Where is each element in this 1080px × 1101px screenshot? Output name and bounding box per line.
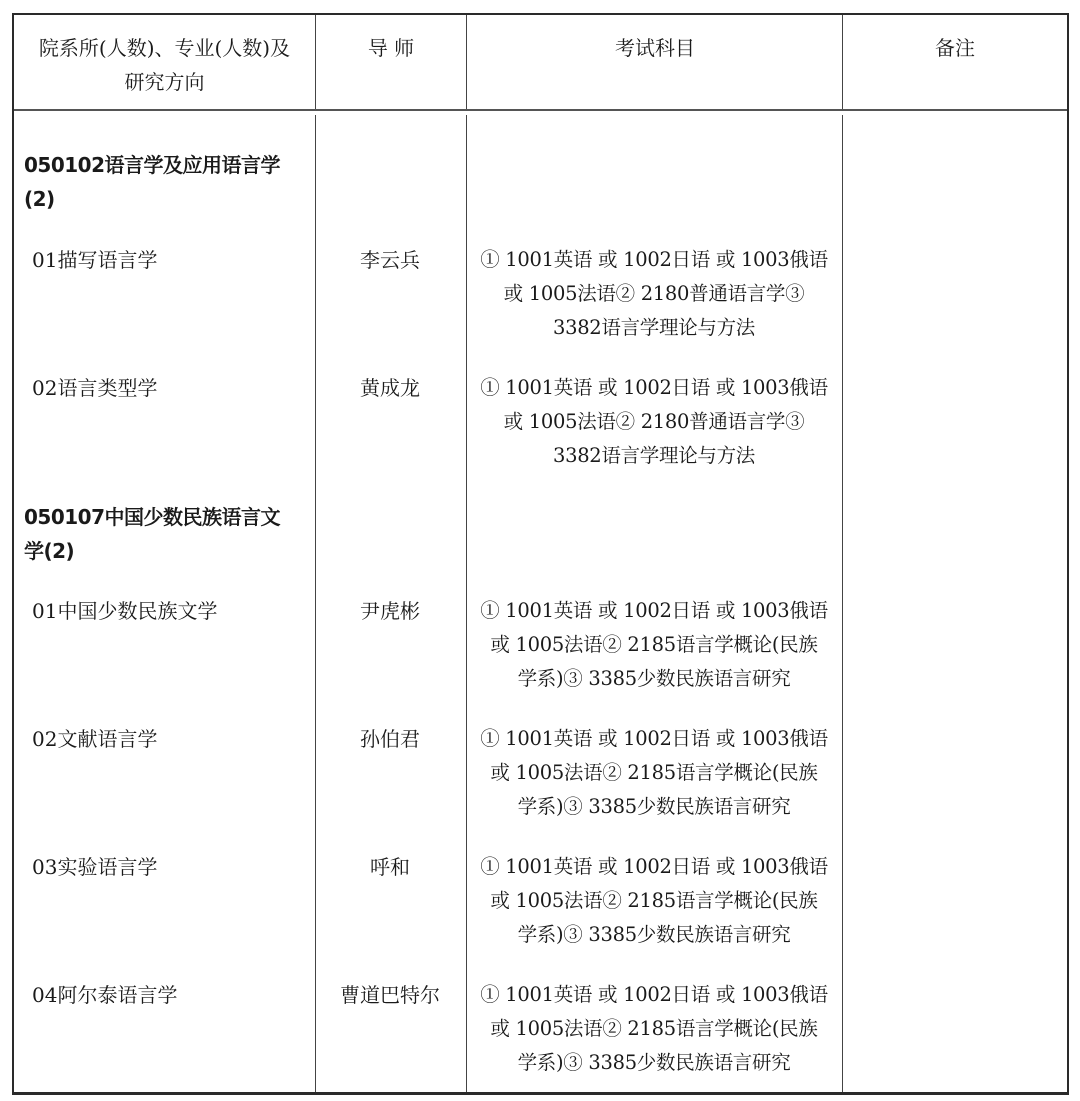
exam-line: 或 1005法语② 2185语言学概论(民族 <box>466 1012 842 1046</box>
research-direction: 03实验语言学 <box>32 850 157 884</box>
admissions-table: 院系所(人数)、专业(人数)及 研究方向 导 师 考试科目 备注 050102语… <box>12 13 1069 1095</box>
exam-line: 或 1005法语② 2180普通语言学③ <box>466 277 842 311</box>
exam-line: ① 1001英语 或 1002日语 或 1003俄语 <box>466 978 842 1012</box>
major-title-line2: 学(2) <box>24 534 280 568</box>
exam-subjects: ① 1001英语 或 1002日语 或 1003俄语 或 1005法语② 218… <box>466 978 842 1080</box>
header-exam-label: 考试科目 <box>615 36 695 60</box>
research-direction: 01描写语言学 <box>32 243 157 277</box>
header-exam-subjects: 考试科目 <box>467 15 843 109</box>
column-divider <box>466 15 467 109</box>
research-direction: 02文献语言学 <box>32 722 157 756</box>
exam-line: ① 1001英语 或 1002日语 或 1003俄语 <box>466 594 842 628</box>
major-title-line1: 050102语言学及应用语言学 <box>24 148 280 182</box>
exam-line: 学系)③ 3385少数民族语言研究 <box>466 918 842 952</box>
table-header-row: 院系所(人数)、专业(人数)及 研究方向 导 师 考试科目 备注 <box>14 15 1067 111</box>
exam-line: ① 1001英语 或 1002日语 或 1003俄语 <box>466 243 842 277</box>
research-direction: 02语言类型学 <box>32 371 157 405</box>
exam-line: 或 1005法语② 2185语言学概论(民族 <box>466 756 842 790</box>
advisor-name: 呼和 <box>315 850 465 884</box>
exam-line: ① 1001英语 或 1002日语 或 1003俄语 <box>466 850 842 884</box>
column-divider <box>315 15 316 109</box>
exam-line: 3382语言学理论与方法 <box>466 311 842 345</box>
exam-line: 学系)③ 3385少数民族语言研究 <box>466 790 842 824</box>
header-col1-line1: 院系所(人数)、专业(人数)及 <box>14 31 315 65</box>
header-advisor-label: 导 师 <box>368 36 414 60</box>
exam-line: ① 1001英语 或 1002日语 或 1003俄语 <box>466 371 842 405</box>
research-direction: 01中国少数民族文学 <box>32 594 217 628</box>
exam-subjects: ① 1001英语 或 1002日语 或 1003俄语 或 1005法语② 218… <box>466 850 842 952</box>
advisor-name: 尹虎彬 <box>315 594 465 628</box>
header-remarks: 备注 <box>843 15 1067 109</box>
header-advisor: 导 师 <box>315 15 467 109</box>
header-department-major-direction: 院系所(人数)、专业(人数)及 研究方向 <box>14 15 315 109</box>
exam-line: 或 1005法语② 2185语言学概论(民族 <box>466 628 842 662</box>
header-remarks-label: 备注 <box>935 36 975 60</box>
major-title: 050107中国少数民族语言文 学(2) <box>24 500 280 568</box>
exam-subjects: ① 1001英语 或 1002日语 或 1003俄语 或 1005法语② 218… <box>466 243 842 345</box>
major-title: 050102语言学及应用语言学 (2) <box>24 148 280 216</box>
exam-line: 或 1005法语② 2180普通语言学③ <box>466 405 842 439</box>
advisor-name: 黄成龙 <box>315 371 465 405</box>
column-divider <box>842 15 843 109</box>
column-divider <box>842 115 843 1092</box>
exam-subjects: ① 1001英语 或 1002日语 或 1003俄语 或 1005法语② 218… <box>466 594 842 696</box>
major-title-line2: (2) <box>24 182 280 216</box>
advisor-name: 李云兵 <box>315 243 465 277</box>
advisor-name: 孙伯君 <box>315 722 465 756</box>
advisor-name: 曹道巴特尔 <box>315 978 465 1012</box>
major-title-line1: 050107中国少数民族语言文 <box>24 500 280 534</box>
exam-subjects: ① 1001英语 或 1002日语 或 1003俄语 或 1005法语② 218… <box>466 371 842 473</box>
exam-line: 3382语言学理论与方法 <box>466 439 842 473</box>
exam-line: 学系)③ 3385少数民族语言研究 <box>466 662 842 696</box>
exam-line: 学系)③ 3385少数民族语言研究 <box>466 1046 842 1080</box>
exam-line: ① 1001英语 或 1002日语 或 1003俄语 <box>466 722 842 756</box>
exam-subjects: ① 1001英语 或 1002日语 或 1003俄语 或 1005法语② 218… <box>466 722 842 824</box>
header-col1-line2: 研究方向 <box>14 65 315 99</box>
exam-line: 或 1005法语② 2185语言学概论(民族 <box>466 884 842 918</box>
research-direction: 04阿尔泰语言学 <box>32 978 177 1012</box>
